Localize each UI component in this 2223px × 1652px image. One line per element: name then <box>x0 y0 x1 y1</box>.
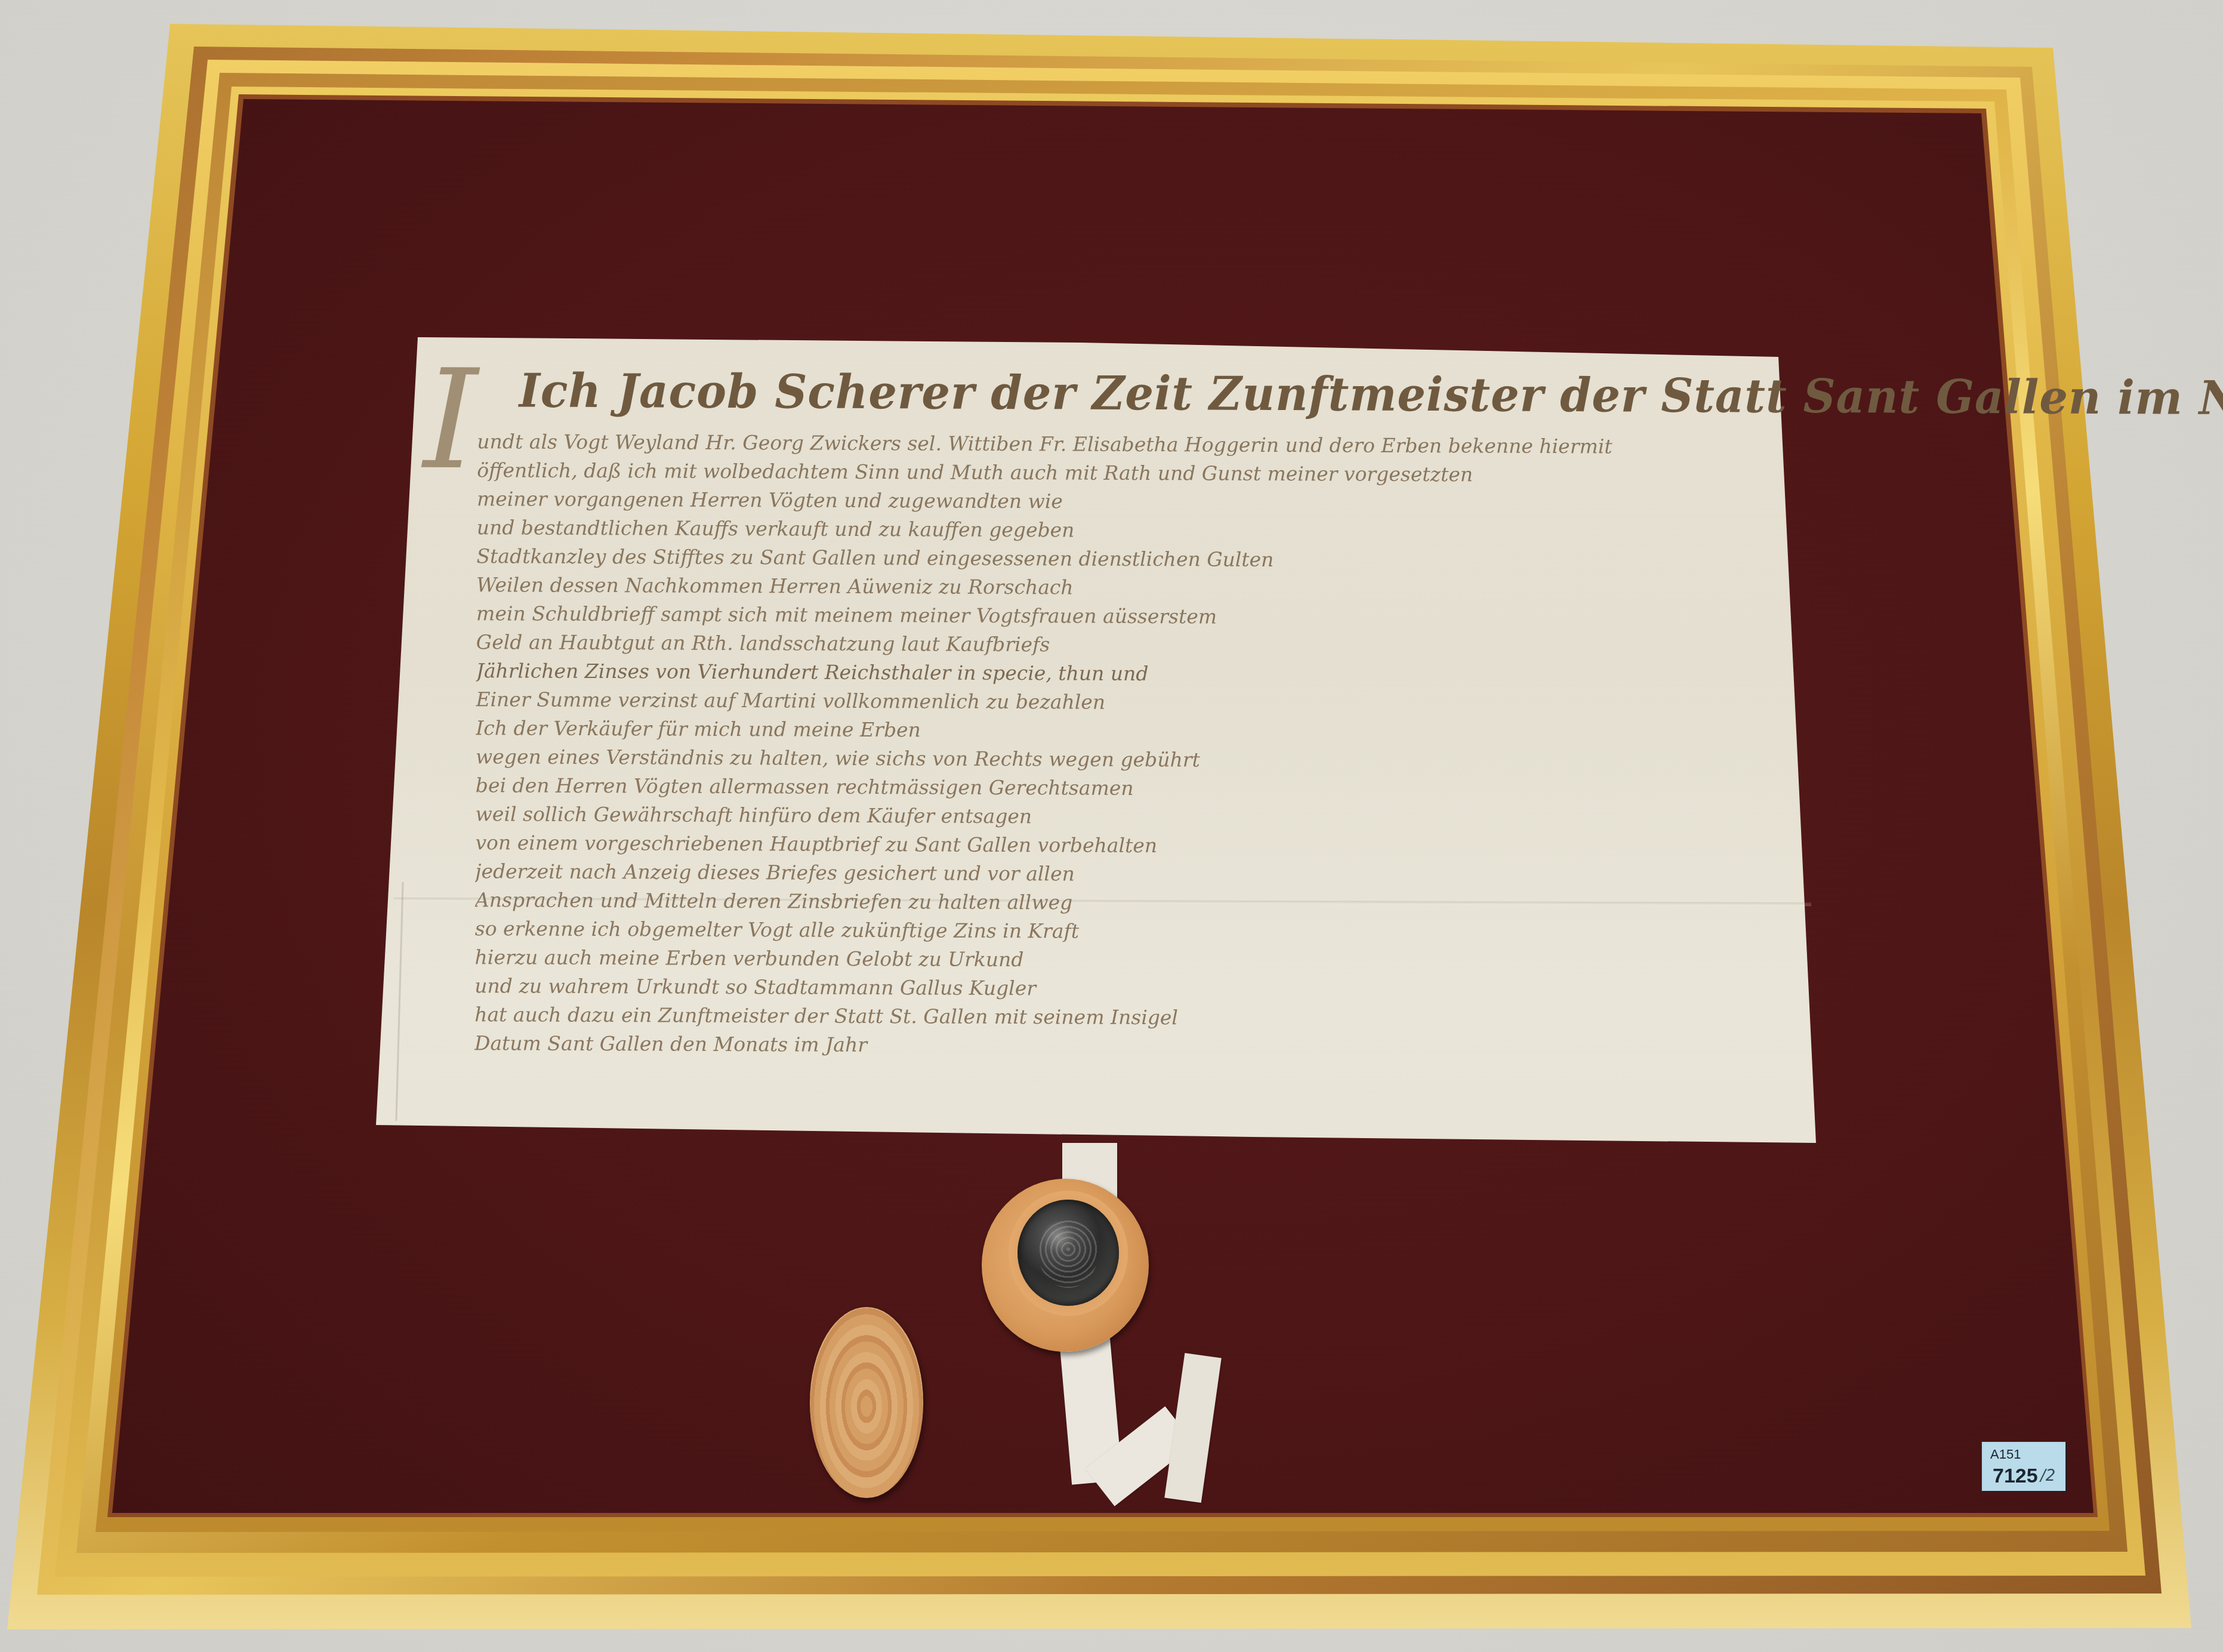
seal-capsule-lid <box>810 1307 923 1498</box>
wax-seal <box>1018 1200 1119 1306</box>
document-text: I Ich Jacob Scherer der Zeit Zunftmeiste… <box>451 358 1778 1064</box>
label-code: A151 <box>1990 1447 2021 1462</box>
document-heading: Ich Jacob Scherer der Zeit Zunftmeister … <box>519 358 1728 429</box>
document-body: undt als Vogt Weyland Hr. Georg Zwickers… <box>474 427 1778 1064</box>
document-line: Datum Sant Gallen den Monats im Jahr <box>474 1029 1775 1064</box>
label-suffix: /2 <box>2040 1467 2055 1485</box>
inventory-label: A151 7125 /2 <box>1981 1441 2066 1491</box>
label-number: 7125 <box>1993 1465 2038 1488</box>
decorated-initial: I <box>423 352 478 489</box>
